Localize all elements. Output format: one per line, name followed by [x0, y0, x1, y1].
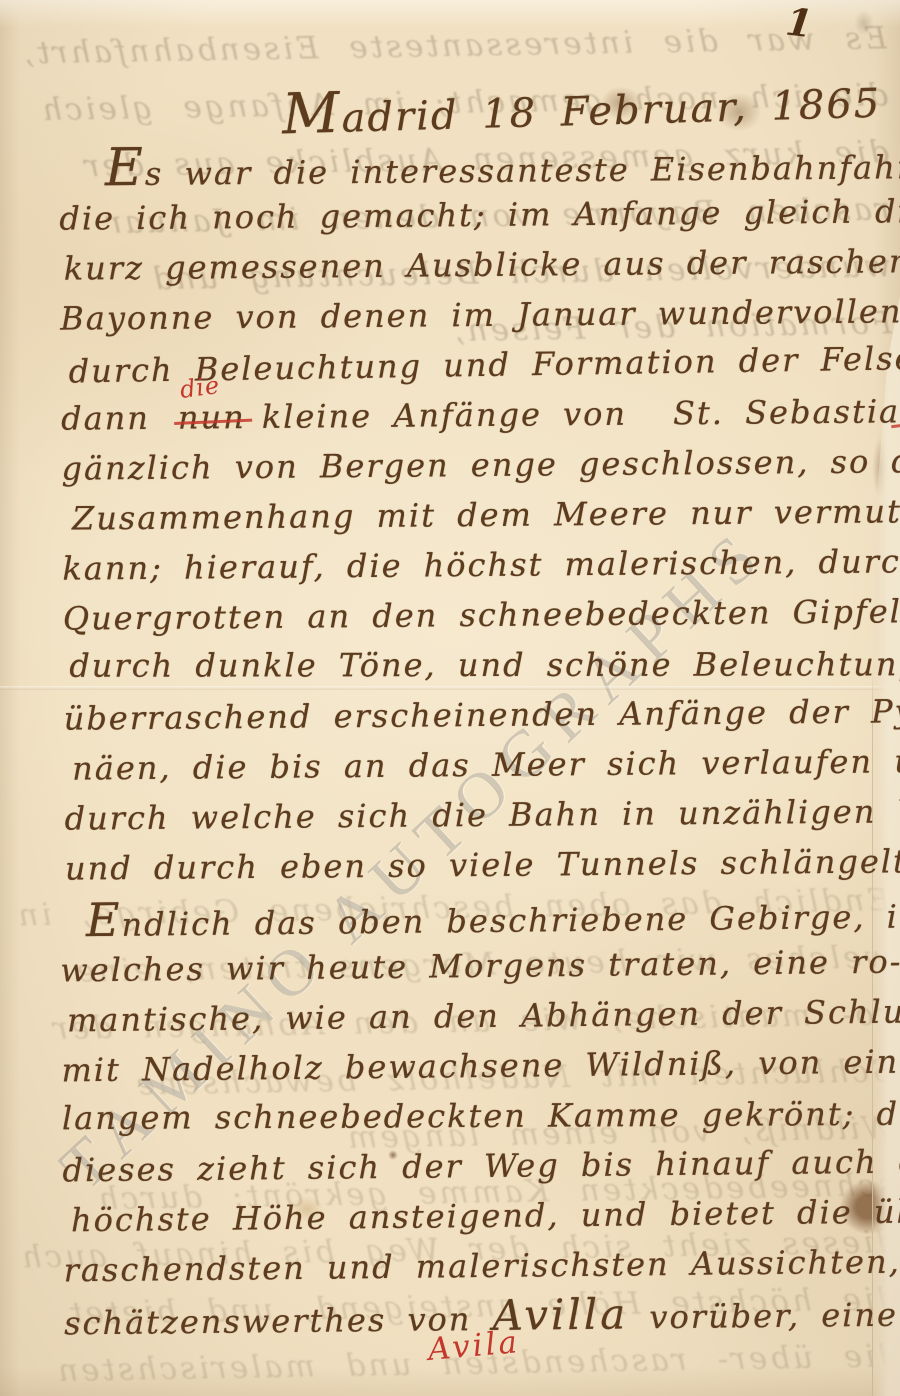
manuscript-line: langem schneebedeckten Kamme gekrönt; du… — [62, 1091, 898, 1145]
stain-smudge — [854, 10, 874, 36]
manuscript-line: welches wir heute Morgens traten, eine r… — [60, 939, 896, 998]
manuscript-line: höchste Höhe ansteigend, und bietet die … — [63, 1189, 899, 1248]
word-before-correction: dann — [61, 399, 150, 438]
last-line-start: schätzenswerthes von — [64, 1300, 472, 1342]
manuscript-line-with-correction: dannnundiekleine Anfänge vonSt. Sebastia… — [61, 388, 897, 445]
letter-scan-page: Es war die interessanteste Eisenbahnfahr… — [0, 0, 900, 1396]
manuscript-line: durch dunkle Töne, und schöne Beleuchtun… — [63, 641, 899, 692]
last-line-end: vorüber, eine Stadt — [649, 1294, 900, 1336]
manuscript-line: und durch eben so viele Tunnels schlänge… — [65, 838, 900, 895]
line-middle-text: kleine Anfänge von — [262, 395, 628, 436]
struck-word: nundie — [178, 394, 246, 441]
manuscript-line: gänzlich von Bergen enge geschlossen, so… — [61, 438, 897, 495]
manuscript-line: kurz gemessenen Ausblicke aus der rasche… — [60, 238, 896, 295]
manuscript-line: die ich noch gemacht; im Anfange gleich … — [59, 188, 895, 245]
manuscript-line: dieses zieht sich der Weg bis hinauf auc… — [62, 1139, 898, 1198]
paragraph-1: Es war die interessanteste Eisenbahnfahr… — [59, 138, 900, 895]
inserted-word-red: die — [177, 362, 223, 413]
manuscript-line: mantische, wie an den Abhängen der Schlu… — [61, 989, 897, 1048]
manuscript-line: raschendsten und malerischsten Aussichte… — [63, 1239, 899, 1298]
manuscript-line: Endlich das oben beschriebene Gebirge, i… — [60, 889, 896, 948]
paragraph-2: Endlich das oben beschriebene Gebirge, i… — [60, 889, 900, 1348]
manuscript-line: Es war die interessanteste Eisenbahnfahr… — [59, 138, 895, 195]
manuscript-line: Quergrotten an den schneebedeckten Gipfe… — [63, 588, 899, 645]
manuscript-line: Zusammenhang mit dem Meere nur vermuthen — [62, 488, 898, 545]
manuscript-line: näen, die bis an das Meer sich verlaufen… — [64, 738, 900, 795]
manuscript-line: überraschend erscheinenden Anfänge der P… — [64, 688, 900, 745]
manuscript-line: kann; hierauf, die höchst malerischen, d… — [62, 538, 898, 595]
manuscript-line: durch welche sich die Bahn in unzähligen… — [64, 788, 900, 845]
page-number: 1 — [783, 0, 815, 46]
place-name-sebastian: St. Sebastian — [673, 392, 900, 432]
manuscript-line: mit Nadelholz bewachsene Wildniß, von ei… — [61, 1039, 897, 1098]
